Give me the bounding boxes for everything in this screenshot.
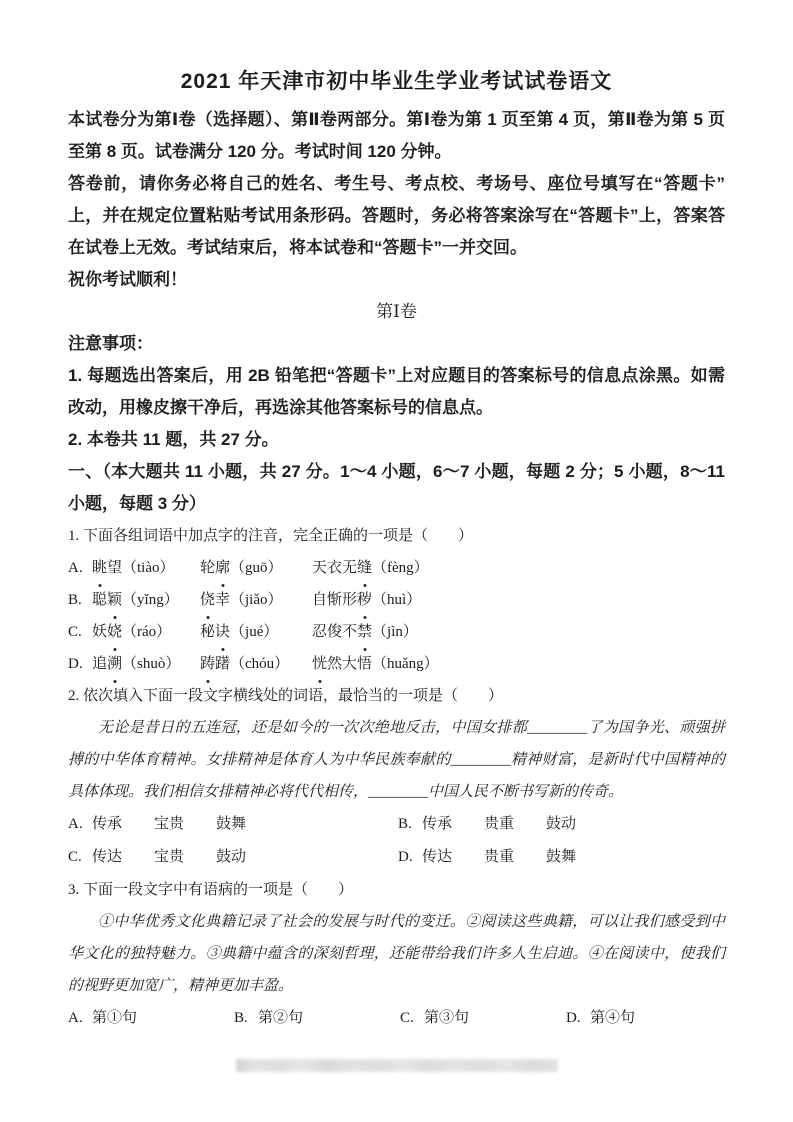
option-label: D.	[68, 648, 92, 680]
q1-word-cell: 秘诀（jué）	[200, 616, 312, 648]
question-3-stem: 3. 下面一段文字中有语病的一项是（ ）	[68, 874, 725, 906]
q2-option-word: 传达	[92, 841, 122, 874]
q3-option-text: 第②句	[258, 1002, 303, 1035]
question-2-passage: 无论是昔日的五连冠，还是如今的一次次绝地反击，中国女排都________了为国争…	[68, 712, 725, 808]
notice-item-1: 1. 每题选出答案后，用 2B 铅笔把“答题卡”上对应题目的答案标号的信息点涂黑…	[68, 360, 725, 424]
q2-option-d: D. 传达 贵重 鼓舞	[398, 841, 576, 874]
q2-option-word: 传承	[92, 808, 122, 841]
q1-option-row-b: B. 聪颖（yǐng） 侥幸（jiǎo） 自惭形秽（huì）	[68, 584, 725, 616]
q2-option-c: C. 传达 宝贵 鼓动	[68, 841, 398, 874]
q2-option-word: 贵重	[484, 808, 514, 841]
q3-option-b: B. 第②句	[234, 1002, 400, 1035]
q3-option-text: 第③句	[424, 1002, 469, 1035]
wish-line: 祝你考试顺利！	[68, 264, 725, 296]
option-label: C.	[68, 841, 92, 874]
option-label: A.	[68, 1002, 92, 1035]
q2-option-word: 鼓舞	[546, 841, 576, 874]
q2-option-word: 传承	[422, 808, 452, 841]
question-1-stem: 1. 下面各组词语中加点字的注音，完全正确的一项是（ ）	[68, 520, 725, 552]
q1-option-row-c: C. 妖娆（ráo） 秘诀（jué） 忍俊不禁（jìn）	[68, 616, 725, 648]
q2-option-b: B. 传承 贵重 鼓动	[398, 808, 576, 841]
notice-item-2: 2. 本卷共 11 题，共 27 分。	[68, 424, 725, 456]
intro-paragraph-instructions: 答卷前，请你务必将自己的姓名、考生号、考点校、考场号、座位号填写在“答题卡”上，…	[68, 168, 725, 264]
question-3-passage: ①中华优秀文化典籍记录了社会的发展与时代的变迁。②阅读这些典籍，可以让我们感受到…	[68, 906, 725, 1002]
option-label: B.	[68, 584, 92, 616]
option-label: D.	[398, 841, 422, 874]
q1-word-cell: 天衣无缝（fèng）	[312, 552, 725, 584]
q3-option-c: C. 第③句	[400, 1002, 566, 1035]
q1-word-cell: 聪颖（yǐng）	[92, 584, 200, 616]
q2-option-word: 鼓动	[216, 841, 246, 874]
q2-option-word: 传达	[422, 841, 452, 874]
q1-word-cell: 轮廓（guō）	[200, 552, 312, 584]
q2-option-word: 鼓舞	[216, 808, 246, 841]
q3-option-a: A. 第①句	[68, 1002, 234, 1035]
notice-title: 注意事项：	[68, 328, 725, 360]
q2-option-word: 鼓动	[546, 808, 576, 841]
part1-heading: 第Ⅰ卷	[68, 296, 725, 328]
q1-word-cell: 眺望（tiào）	[92, 552, 200, 584]
q1-word-cell: 自惭形秽（huì）	[312, 584, 725, 616]
q2-option-row-2: C. 传达 宝贵 鼓动 D. 传达 贵重 鼓舞	[68, 841, 725, 874]
option-label: D.	[566, 1002, 590, 1035]
q1-word-cell: 忍俊不禁（jìn）	[312, 616, 725, 648]
q2-option-row-1: A. 传承 宝贵 鼓舞 B. 传承 贵重 鼓动	[68, 808, 725, 841]
q1-word-cell: 追溯（shuò）	[92, 648, 200, 680]
page-title: 2021 年天津市初中毕业生学业考试试卷语文	[68, 60, 725, 104]
q2-option-word: 宝贵	[154, 808, 184, 841]
intro-paragraph-scope: 本试卷分为第Ⅰ卷（选择题）、第Ⅱ卷两部分。第Ⅰ卷为第 1 页至第 4 页，第Ⅱ卷…	[68, 104, 725, 168]
option-label: C.	[400, 1002, 424, 1035]
q1-word-cell: 妖娆（ráo）	[92, 616, 200, 648]
option-label: A.	[68, 552, 92, 584]
q3-option-row: A. 第①句 B. 第②句 C. 第③句 D. 第④句	[68, 1002, 725, 1035]
q1-word-cell: 侥幸（jiǎo）	[200, 584, 312, 616]
option-label: C.	[68, 616, 92, 648]
option-label: B.	[234, 1002, 258, 1035]
q1-option-row-a: A. 眺望（tiào） 轮廓（guō） 天衣无缝（fèng）	[68, 552, 725, 584]
q1-option-row-d: D. 追溯（shuò） 踌躇（chóu） 恍然大悟（huǎng）	[68, 648, 725, 680]
exam-paper-page: 2021 年天津市初中毕业生学业考试试卷语文 本试卷分为第Ⅰ卷（选择题）、第Ⅱ卷…	[0, 0, 793, 1122]
option-label: A.	[68, 808, 92, 841]
q2-option-a: A. 传承 宝贵 鼓舞	[68, 808, 398, 841]
section-1-heading: 一、（本大题共 11 小题，共 27 分。1～4 小题，6～7 小题，每题 2 …	[68, 456, 725, 520]
q3-option-text: 第①句	[92, 1002, 137, 1035]
q2-option-word: 宝贵	[154, 841, 184, 874]
q2-option-word: 贵重	[484, 841, 514, 874]
option-label: B.	[398, 808, 422, 841]
bottom-watermark	[236, 1059, 558, 1072]
q3-option-text: 第④句	[590, 1002, 635, 1035]
q1-word-cell: 恍然大悟（huǎng）	[312, 648, 725, 680]
question-2-stem: 2. 依次填入下面一段文字横线处的词语，最恰当的一项是（ ）	[68, 680, 725, 712]
q1-word-cell: 踌躇（chóu）	[200, 648, 312, 680]
q3-option-d: D. 第④句	[566, 1002, 725, 1035]
